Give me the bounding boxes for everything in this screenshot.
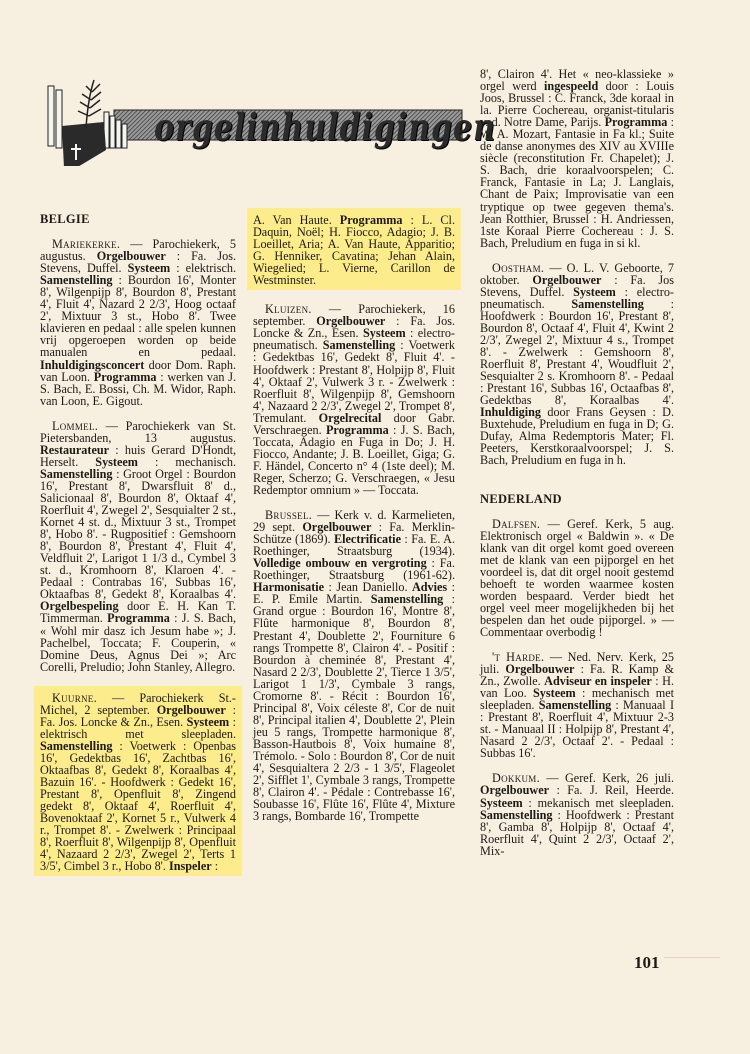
section-banner: orgelinhuldigingen	[46, 78, 466, 166]
entry-text: — O. L. V. Geboorte, 7 oktober. Orgelbou…	[480, 261, 674, 468]
entry-text: A. Van Haute. Programma : L. Cl. Daquin,…	[253, 213, 455, 287]
magazine-page: orgelinhuldigingen BELGIE Mariekerke. — …	[0, 0, 750, 1054]
entry-mariekerke: Mariekerke. — Parochiekerk, 5 augustus. …	[40, 238, 236, 407]
column-2: A. Van Haute. Programma : L. Cl. Daquin,…	[253, 208, 455, 835]
entry-oostham: Oostham. — O. L. V. Geboorte, 7 oktober.…	[480, 262, 674, 467]
banner-title: orgelinhuldigingen	[154, 106, 496, 150]
column-3: 8', Clairon 4'. Het « neo-klassieke » or…	[480, 68, 674, 870]
entry-dokkum: Dokkum. — Geref. Kerk, 26 juli. Orgelbou…	[480, 772, 674, 856]
entry-lommel: Lommel. — Parochiekerk van St. Pietersba…	[40, 420, 236, 673]
entry-text: — Geref. Kerk, 26 juli. Orgelbouwer : Fa…	[480, 771, 674, 857]
entry-text: — Parochiekerk, 5 augustus. Orgelbouwer …	[40, 237, 236, 408]
page-number: 101	[634, 953, 660, 973]
entry-brussel-continued: 8', Clairon 4'. Het « neo-klassieke » or…	[480, 68, 674, 249]
entry-text: — Kerk v. d. Karmelieten, 29 sept. Orgel…	[253, 508, 455, 823]
entry-kuurne: Kuurne. — Parochiekerk St.-Michel, 2 sep…	[34, 686, 242, 877]
entry-text: — Ned. Nerv. Kerk, 25 juli. Orgelbouwer …	[480, 650, 674, 760]
entry-dalfsen: Dalfsen. — Geref. Kerk, 5 aug. Elektroni…	[480, 518, 674, 638]
entry-kuurne-continued: A. Van Haute. Programma : L. Cl. Daquin,…	[247, 208, 461, 290]
entry-t-harde: 't Harde. — Ned. Nerv. Kerk, 25 juli. Or…	[480, 651, 674, 759]
entry-text: — Parochiekerk van St. Pietersbanden, 13…	[40, 419, 236, 674]
page-rule-divider	[664, 957, 720, 958]
column-1: BELGIE Mariekerke. — Parochiekerk, 5 aug…	[40, 213, 236, 889]
entry-text: — Parochiekerk St.-Michel, 2 september. …	[40, 691, 236, 874]
section-heading-nederland: NEDERLAND	[480, 493, 674, 505]
entry-brussel: Brussel. — Kerk v. d. Karmelieten, 29 se…	[253, 509, 455, 822]
entry-text: — Geref. Kerk, 5 aug. Elektronisch orgel…	[480, 517, 674, 639]
entry-text: 8', Clairon 4'. Het « neo-klassieke » or…	[480, 67, 674, 250]
entry-text: — Parochiekerk, 16 september. Orgelbouwe…	[253, 302, 455, 497]
entry-kluizen: Kluizen. — Parochiekerk, 16 september. O…	[253, 303, 455, 496]
section-heading-belgie: BELGIE	[40, 213, 236, 225]
